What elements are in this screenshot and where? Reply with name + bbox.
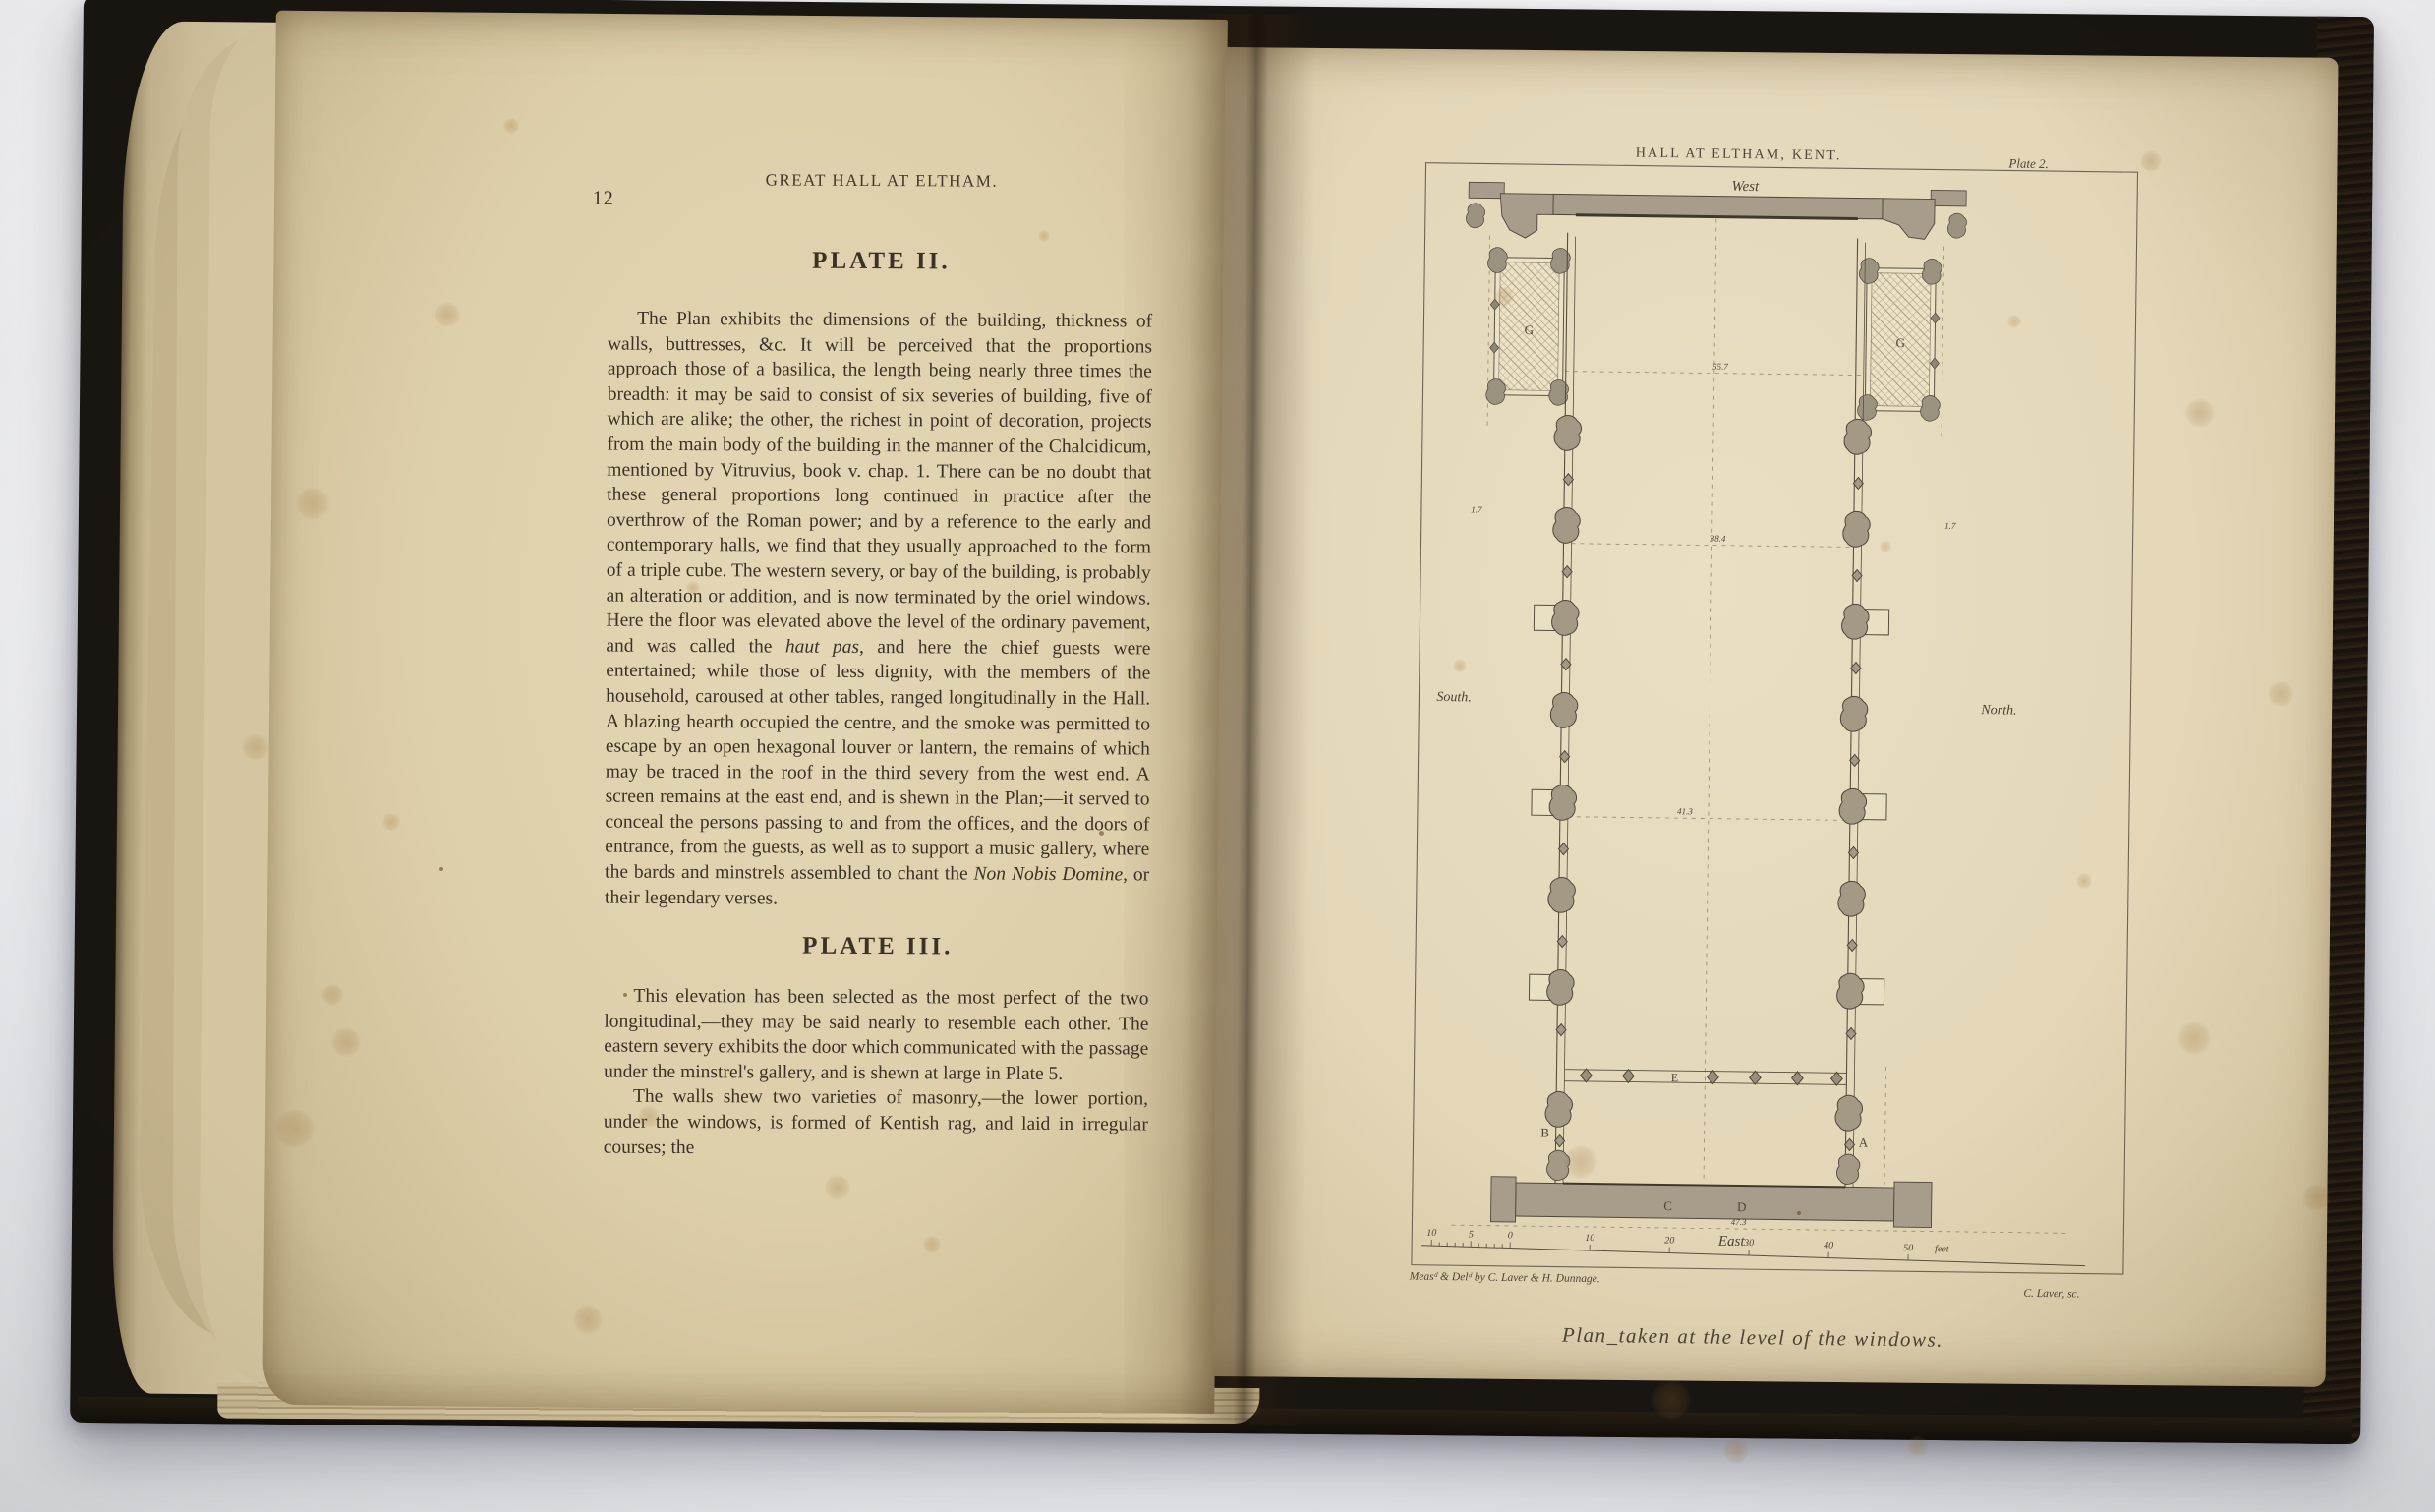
dimension-lower: 41.3 (1677, 806, 1693, 816)
scale-label-0: 10 (1426, 1228, 1436, 1239)
west-wall (1466, 182, 1967, 244)
label-c: C (1663, 1198, 1672, 1213)
scale-label-2: 0 (1508, 1230, 1513, 1241)
plate-title: HALL AT ELTHAM, KENT. (1636, 146, 1842, 164)
compass-east-label: East (1717, 1234, 1746, 1250)
oriel-bay-right: G (1857, 258, 1942, 421)
compass-south-label: South. (1436, 690, 1472, 705)
scale-unit: feet (1935, 1244, 1949, 1254)
left-page: 12 GREAT HALL AT ELTHAM. PLATE II. The P… (262, 11, 1228, 1414)
scale-label-1: 5 (1469, 1229, 1474, 1240)
page-number: 12 (593, 188, 614, 210)
scale-label-4: 20 (1664, 1236, 1674, 1247)
label-d: D (1737, 1199, 1747, 1214)
east-wall: C D (1490, 1177, 1932, 1228)
bay-label-right: G (1895, 335, 1905, 350)
scale-label-3: 10 (1585, 1233, 1594, 1244)
plate-iii-paragraph-1: This elevation has been selected as the … (604, 984, 1149, 1087)
plate-iii-heading: PLATE III. (608, 932, 1148, 962)
plate-caption: Plan_taken at the level of the windows. (1561, 1323, 1943, 1352)
label-b: B (1540, 1125, 1549, 1139)
plate-iii-paragraph-2: The walls shew two varieties of masonry,… (604, 1084, 1148, 1163)
dimension-bay-left: 1.7 (1471, 504, 1482, 514)
window-projections (1529, 605, 1888, 1005)
scale-label-6: 40 (1824, 1241, 1833, 1251)
dimension-middle: 38.4 (1710, 534, 1726, 544)
engraving-plate: HALL AT ELTHAM, KENT. Plate 2. West East… (1390, 136, 2144, 1396)
plate-ii-paragraph: The Plan exhibits the dimensions of the … (605, 307, 1152, 913)
right-page: HALL AT ELTHAM, KENT. Plate 2. West East… (1213, 47, 2339, 1387)
bay-label-left: G (1525, 322, 1535, 337)
plate-iii-text: This elevation has been selected as the … (604, 984, 1149, 1163)
dimension-upper: 55.7 (1712, 362, 1728, 372)
plate-ii-text: The Plan exhibits the dimensions of the … (605, 307, 1152, 913)
floor-plan-engraving: HALL AT ELTHAM, KENT. Plate 2. West East… (1390, 136, 2144, 1396)
compass-west-label: West (1731, 179, 1760, 195)
label-a: A (1859, 1135, 1869, 1150)
oriel-bay-left: G (1486, 248, 1571, 406)
plate-ii-heading: PLATE II. (610, 247, 1151, 277)
screen-row: E (1564, 1069, 1846, 1087)
running-head: GREAT HALL AT ELTHAM. (611, 170, 1152, 193)
credit-right: C. Laver, sc. (2023, 1288, 2079, 1301)
dimension-bay-right: 1.7 (1944, 521, 1956, 531)
plate-number: Plate 2. (2007, 155, 2049, 171)
scale-label-5: 30 (1743, 1238, 1754, 1249)
scale-bar: 10 5 0 10 20 30 40 50 feet (1421, 1228, 2085, 1266)
left-page-content: 12 GREAT HALL AT ELTHAM. PLATE II. The P… (265, 13, 1224, 1412)
credit-left: Measᵈ & Delᵈ by C. Laver & H. Dunnage. (1409, 1271, 1600, 1286)
book: 12 GREAT HALL AT ELTHAM. PLATE II. The P… (70, 0, 2374, 1444)
scale-label-7: 50 (1903, 1243, 1913, 1253)
north-buttresses (1834, 419, 1872, 1184)
photo-of-open-book: { "left_page": { "page_number": "12", "r… (0, 0, 2435, 1512)
compass-north-label: North. (1980, 703, 2016, 718)
screen-label: E (1671, 1071, 1679, 1084)
